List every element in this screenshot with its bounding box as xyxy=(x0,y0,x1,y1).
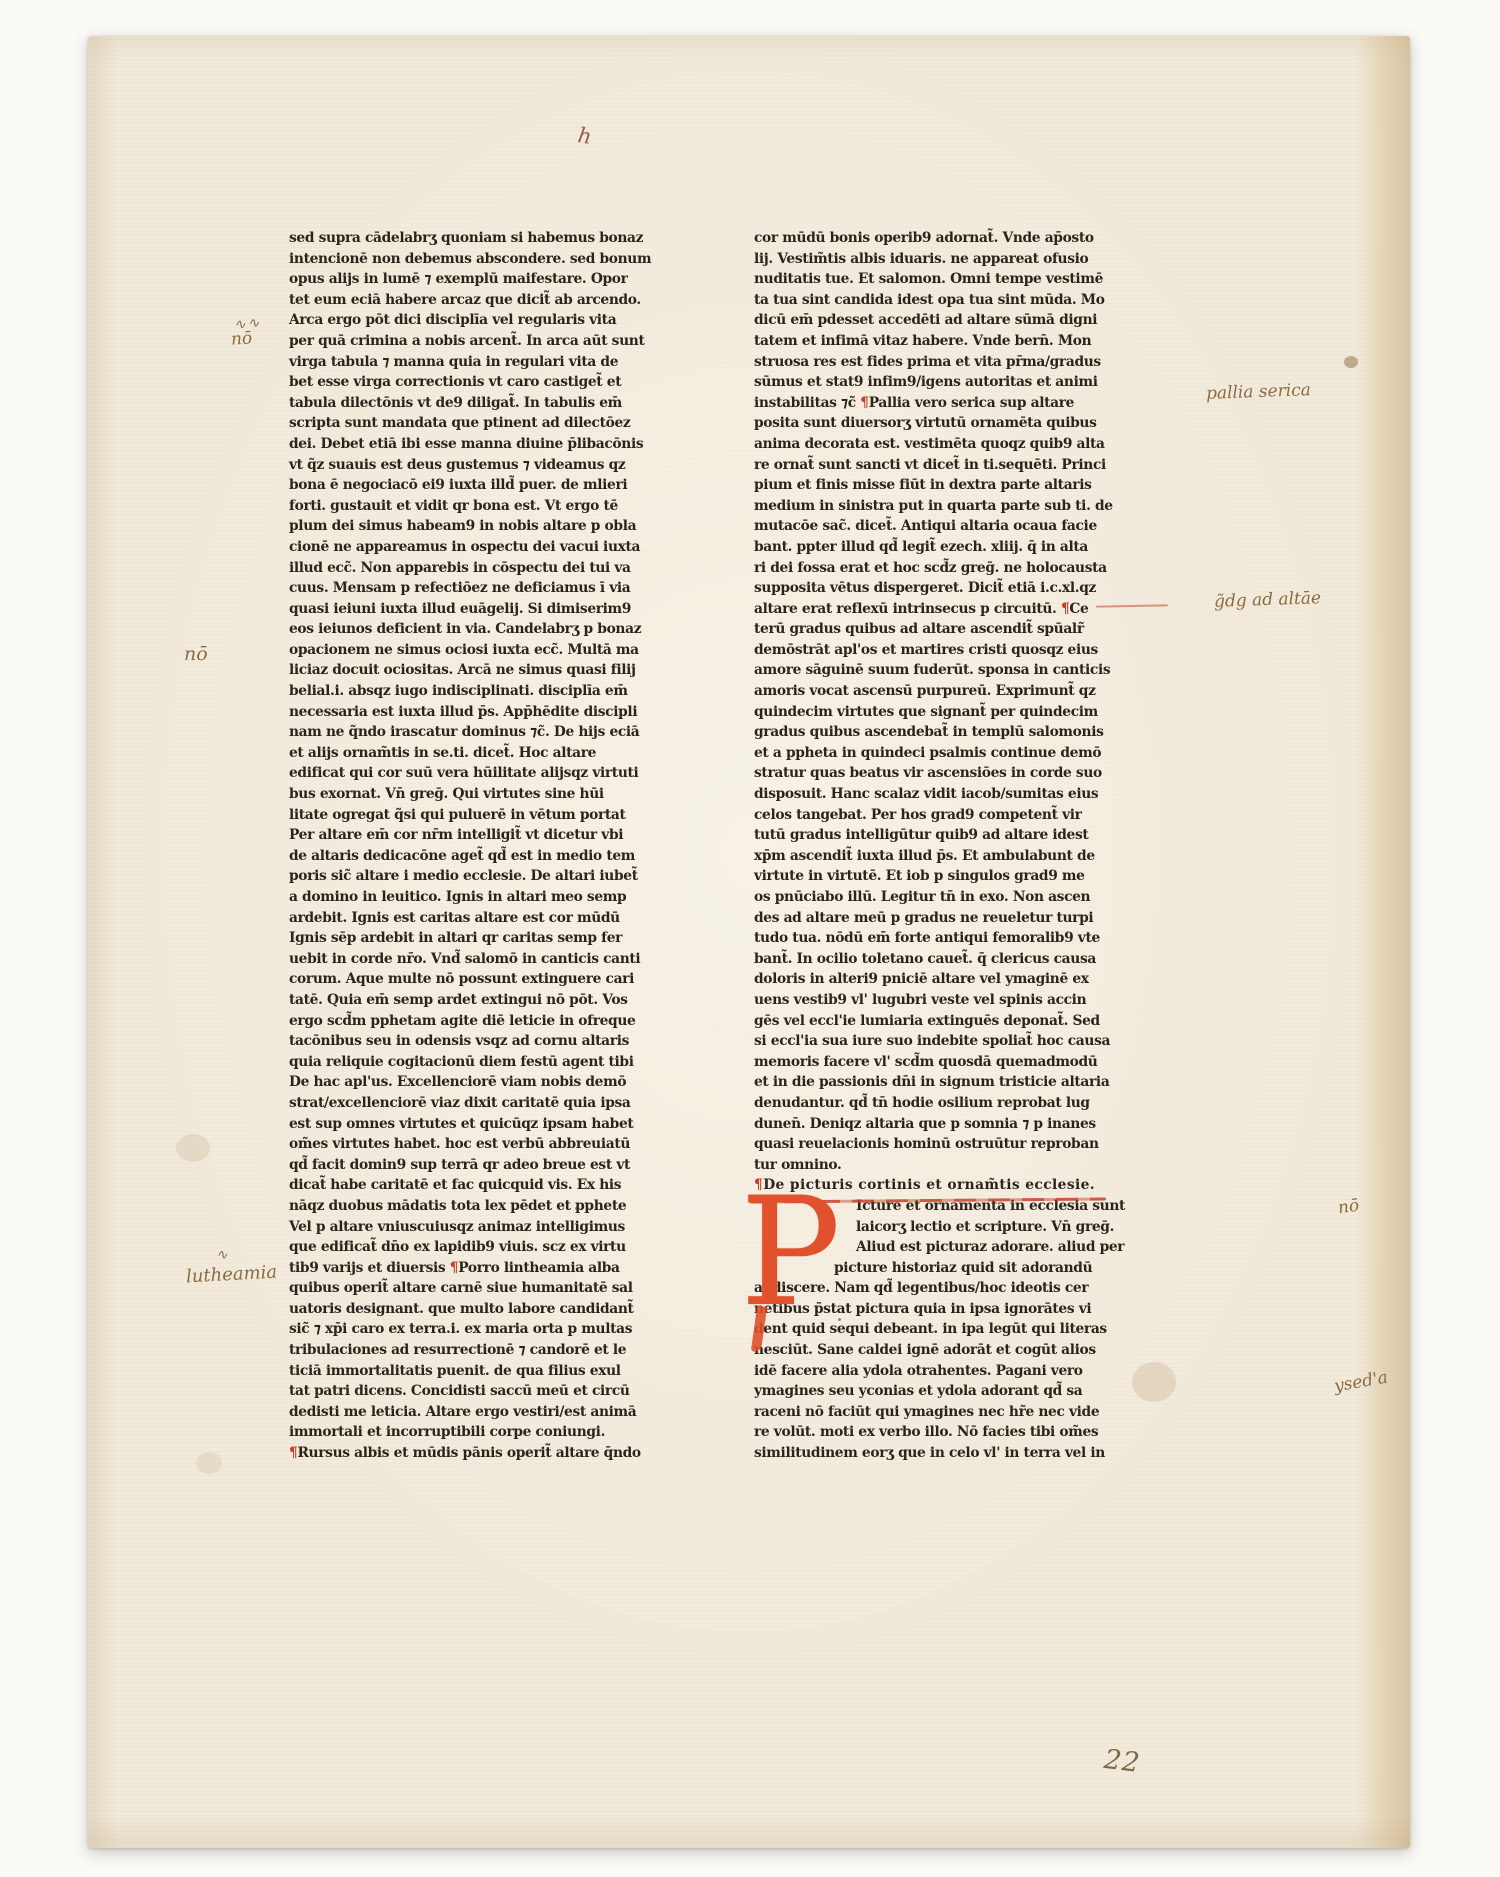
text-line: dicū em̄ pdesset accedēti ad altare sūmā… xyxy=(754,310,1114,331)
text-line: forti. gustauit et vidit qr bona est. Vt… xyxy=(289,496,649,517)
text-line: bus exornat. Vn̄ greḡ. Qui virtutes sine… xyxy=(289,784,649,805)
folio-number: 22 xyxy=(1102,1744,1142,1779)
text-line: ymagines seu yconias et ydola adorant qd… xyxy=(754,1381,1114,1402)
text-line: tribulaciones ad resurrectionē ⁊ candorē… xyxy=(289,1340,649,1361)
text-line: vt q̃z suauis est deus gustemus ⁊ videam… xyxy=(289,455,649,476)
left-column-lines: sed supra cādelabrʒ quoniam si habemus b… xyxy=(289,228,649,1464)
text-line: ticiā immortalitatis puenit. de qua fili… xyxy=(289,1361,649,1382)
text-line: instabilitas ⁊c̃ ¶Pallia vero serica sup… xyxy=(754,393,1114,414)
text-line: scripta sunt mandata que ptinent ad dile… xyxy=(289,413,649,434)
pilcrow-rubric: ¶ xyxy=(1061,601,1069,617)
text-line: dei. Debet etiā ibi esse manna diuine p̄… xyxy=(289,434,649,455)
text-line: tacōnibus seu in odensis vsqz ad cornu a… xyxy=(289,1031,649,1052)
margin-note-no-mid: nō xyxy=(184,646,208,663)
text-line: strat/excellenciorē viaz dixit caritatē … xyxy=(289,1093,649,1114)
text-line: tutū gradus intelligūtur quib9 ad altare… xyxy=(754,825,1114,846)
text-line: disposuit. Hanc scalaz vidit iacob/sumit… xyxy=(754,784,1114,805)
pilcrow-rubric: ¶ xyxy=(860,395,868,411)
text-line: virtute in virtutē. Et iob p singulos gr… xyxy=(754,866,1114,887)
text-line: terū gradus quibus ad altare ascendit̃ s… xyxy=(754,619,1114,640)
text-line: tib9 varijs et diuersis ¶Porro lintheami… xyxy=(289,1258,649,1279)
text-line: et in die passionis dn̄i in signum trist… xyxy=(754,1072,1114,1093)
text-line: tudo tua. nōdū em̄ forte antiqui femoral… xyxy=(754,928,1114,949)
text-line: opacionem ne simus ociosi iuxta ecc̃. Mu… xyxy=(289,640,649,661)
pilcrow-rubric: ¶ xyxy=(289,1445,297,1461)
text-line: dunen̄. Deniqz altaria que p somnia ⁊ p … xyxy=(754,1114,1114,1135)
text-line: re ornat̃ sunt sancti vt dicet̃ in ti.se… xyxy=(754,455,1114,476)
text-line: liciaz docuit ociositas. Arcā ne simus q… xyxy=(289,660,649,681)
text-line: quasi reuelacionis hominū ostruūtur repr… xyxy=(754,1134,1114,1155)
text-line: pium et finis misse fiūt in dextra parte… xyxy=(754,475,1114,496)
text-line: re volūt. moti ex verbo illo. Nō facies … xyxy=(754,1422,1114,1443)
text-line: altare erat reflexū intrinsecus p circui… xyxy=(754,599,1114,620)
text-line: bet esse virga correctionis vt caro cast… xyxy=(289,372,649,393)
text-line: denudantur. qd̃ tn̄ hodie osilium reprob… xyxy=(754,1093,1114,1114)
text-line: amoris vocat ascensū purpureū. Exprimunt… xyxy=(754,681,1114,702)
text-line: a domino in leuitico. Ignis in altari me… xyxy=(289,887,649,908)
text-line: om̃es virtutes habet. hoc est verbū abbr… xyxy=(289,1134,649,1155)
text-line: idē facere alia ydola otrahentes. Pagani… xyxy=(754,1361,1114,1382)
text-line: qd̃ facit domin9 sup terrā qr adeo breue… xyxy=(289,1155,649,1176)
text-line: supposita vētus dispergeret. Dicit̃ etiā… xyxy=(754,578,1114,599)
text-line: ¶Rursus albis et mūdis pānis operit̃ alt… xyxy=(289,1443,649,1464)
text-line: poris sic̃ altare i medio ecclesie. De a… xyxy=(289,866,649,887)
text-line: opus alijs in lumē ⁊ exemplū maifestare.… xyxy=(289,269,649,290)
text-line: sic̃ ⁊ xp̄i caro ex terra.i. ex maria or… xyxy=(289,1319,649,1340)
text-line: edificat qui cor suū vera hūilitate alij… xyxy=(289,763,649,784)
text-line: uens vestib9 vl' lugubri veste vel spini… xyxy=(754,990,1114,1011)
text-line: necessaria est iuxta illud p̄s. App̄hēdi… xyxy=(289,702,649,723)
text-line: nesciūt. Sane caldei ignē adorāt et cogū… xyxy=(754,1340,1114,1361)
text-line: Ignis sēp ardebit in altari qr caritas s… xyxy=(289,928,649,949)
text-line: stratur quas beatus vir ascensiōes in co… xyxy=(754,763,1114,784)
text-line: bona ē negociacō ei9 iuxta illd̃ puer. d… xyxy=(289,475,649,496)
text-line: memoris facere vl' scd̃m quosdā quemadmo… xyxy=(754,1052,1114,1073)
text-line: De hac apl'us. Excellenciorē viam nobis … xyxy=(289,1072,649,1093)
text-line: tat patri dicens. Concidisti saccū meū e… xyxy=(289,1381,649,1402)
lombard-initial-P: P xyxy=(740,1178,841,1328)
margin-note-pallia-serica: pallia serica xyxy=(1206,382,1311,403)
text-line: cionē ne appareamus in ospectu dei vacui… xyxy=(289,537,649,558)
text-line: plum dei simus habeam9 in nobis altare p… xyxy=(289,516,649,537)
text-line: corum. Aque multe nō possunt extinguere … xyxy=(289,969,649,990)
text-line: que edificat̃ dn̄o ex lapidib9 viuis. sc… xyxy=(289,1237,649,1258)
text-line: Arca ergo pōt dici disciplīa vel regular… xyxy=(289,310,649,331)
text-line: et a ppheta in quindeci psalmis continue… xyxy=(754,743,1114,764)
text-line: gēs vel eccl'ie lumiaria extinguēs depon… xyxy=(754,1011,1114,1032)
text-line: xp̄m ascendit̃ iuxta illud p̄s. Et ambul… xyxy=(754,846,1114,867)
text-line: de altaris dedicacōne aget̃ qd̃ est in m… xyxy=(289,846,649,867)
text-line: si eccl'ia sua iure suo indebite spoliat… xyxy=(754,1031,1114,1052)
text-line: nam ne q̃ndo irascatur dominus ⁊c̃. De h… xyxy=(289,722,649,743)
text-line: uatoris designant. que multo labore cand… xyxy=(289,1299,649,1320)
text-line: demōstrāt apl'os et martires cristi quos… xyxy=(754,640,1114,661)
text-line: celos tangebat. Per hos grad9 competent̃… xyxy=(754,805,1114,826)
text-line: quia reliquie cogitacionū diem festū age… xyxy=(289,1052,649,1073)
paper-sheet xyxy=(88,36,1410,1848)
margin-note-lutheamia: lutheamia xyxy=(186,1264,278,1286)
text-line: per quā crimina a nobis arcent̃. In arca… xyxy=(289,331,649,352)
text-line: similitudinem eorʒ que in celo vl' in te… xyxy=(754,1443,1114,1464)
text-line: bant̃. In ocilio toletano cauet̃. q̄ cle… xyxy=(754,949,1114,970)
text-line: des ad altare meū p gradus ne reueletur … xyxy=(754,908,1114,929)
text-line: mutacōe sac̃. dicet̃. Antiqui altaria oc… xyxy=(754,516,1114,537)
right-column-lines-upper: cor mūdū bonis operib9 adornat̃. Vnde ap… xyxy=(754,228,1114,1175)
text-line: virga tabula ⁊ manna quia in regulari vi… xyxy=(289,352,649,373)
text-line: tet eum eciā habere arcaz que dicit̃ ab … xyxy=(289,290,649,311)
margin-note-right-edge-upper: nō xyxy=(1337,1198,1360,1218)
text-line: belial.i. absqz iugo indisciplinati. dis… xyxy=(289,681,649,702)
text-line: ta tua sint candida idest opa tua sint m… xyxy=(754,290,1114,311)
text-line: dicat̃ habe caritatē et fac quicquid vis… xyxy=(289,1175,649,1196)
pilcrow-rubric: ¶ xyxy=(450,1260,458,1276)
text-line: medium in sinistra put in quarta parte s… xyxy=(754,496,1114,517)
text-line: uebit in corde nr̄o. Vnd̃ salomō in cant… xyxy=(289,949,649,970)
text-line: nuditatis tue. Et salomon. Omni tempe ve… xyxy=(754,269,1114,290)
text-line: cuus. Mensam p refectiōez ne deficiamus … xyxy=(289,578,649,599)
text-line: illud ecc̃. Non apparebis in cōspectu de… xyxy=(289,558,649,579)
text-line: posita sunt diuersorʒ virtutū ornamēta q… xyxy=(754,413,1114,434)
text-line: nāqz duobus mādatis tota lex pēdet et pp… xyxy=(289,1196,649,1217)
text-line: dedisti me leticia. Altare ergo vestiri/… xyxy=(289,1402,649,1423)
text-line: lij. Vestim̃tis albis iduaris. ne appare… xyxy=(754,249,1114,270)
margin-note-gdg-ad-altae: g̃dg ad altāe xyxy=(1214,590,1322,611)
text-line: ri dei fossa erat et hoc scd̃z greḡ. ne … xyxy=(754,558,1114,579)
text-line: quibus operit̃ altare carnē siue humanit… xyxy=(289,1278,649,1299)
text-line: Vel p altare vniuscuiusqz animaz intelli… xyxy=(289,1217,649,1238)
text-line: sūmus et stat9 infim9/igens autoritas et… xyxy=(754,372,1114,393)
text-line: quasi ieiuni iuxta illud euāgelij. Si di… xyxy=(289,599,649,620)
text-line: tatē. Quia em̄ semp ardet extingui nō pō… xyxy=(289,990,649,1011)
text-line: sed supra cādelabrʒ quoniam si habemus b… xyxy=(289,228,649,249)
text-line: tatem et infimā vitaz habere. Vnde bern̄… xyxy=(754,331,1114,352)
text-line: tabula dilectōnis vt de9 diligat̃. In ta… xyxy=(289,393,649,414)
text-line: intencionē non debemus abscondere. sed b… xyxy=(289,249,649,270)
text-line: anima decorata est. vestimēta quoqz quib… xyxy=(754,434,1114,455)
text-line: struosa res est fides prima et vita pr̄m… xyxy=(754,352,1114,373)
text-line: bant. ppter illud qd̃ legit̃ ezech. xlii… xyxy=(754,537,1114,558)
text-line: doloris in alteri9 pniciē altare vel yma… xyxy=(754,969,1114,990)
text-line: raceni nō faciūt qui ymagines nec hr̃e n… xyxy=(754,1402,1114,1423)
text-line: os pnūciabo illū. Legitur tn̄ in exo. No… xyxy=(754,887,1114,908)
text-line: gradus quibus ascendebat̃ in templū salo… xyxy=(754,722,1114,743)
text-line: litate ogregat q̃si qui puluerē in vētum… xyxy=(289,805,649,826)
incunable-leaf-photo: h sed supra cādelabrʒ quoniam si habemus… xyxy=(0,0,1500,1877)
text-line: quindecim virtutes que signant̃ per quin… xyxy=(754,702,1114,723)
text-line: immortali et incorruptibili corpe coniun… xyxy=(289,1422,649,1443)
text-line: ergo scd̃m pphetam agite diē leticie in … xyxy=(289,1011,649,1032)
text-line: ardebit. Ignis est caritas altare est co… xyxy=(289,908,649,929)
text-line: eos ieiunos deficient in via. Candelabrʒ… xyxy=(289,619,649,640)
text-line: et alijs ornam̃tis in se.ti. dicet̃. Hoc… xyxy=(289,743,649,764)
text-line: cor mūdū bonis operib9 adornat̃. Vnde ap… xyxy=(754,228,1114,249)
paper-deckle-edge xyxy=(1356,36,1410,1848)
text-line: est sup omnes virtutes et quicūqz ipsam … xyxy=(289,1114,649,1135)
margin-note-no-upper: nō xyxy=(230,330,252,348)
margin-note-flourish: ∿ xyxy=(215,1246,230,1264)
text-column-left: sed supra cādelabrʒ quoniam si habemus b… xyxy=(289,228,649,1464)
text-line: Per altare em̄ cor nr̄m intelligit̃ vt d… xyxy=(289,825,649,846)
text-line: amore sāguinē suum fuderūt. sponsa in ca… xyxy=(754,660,1114,681)
